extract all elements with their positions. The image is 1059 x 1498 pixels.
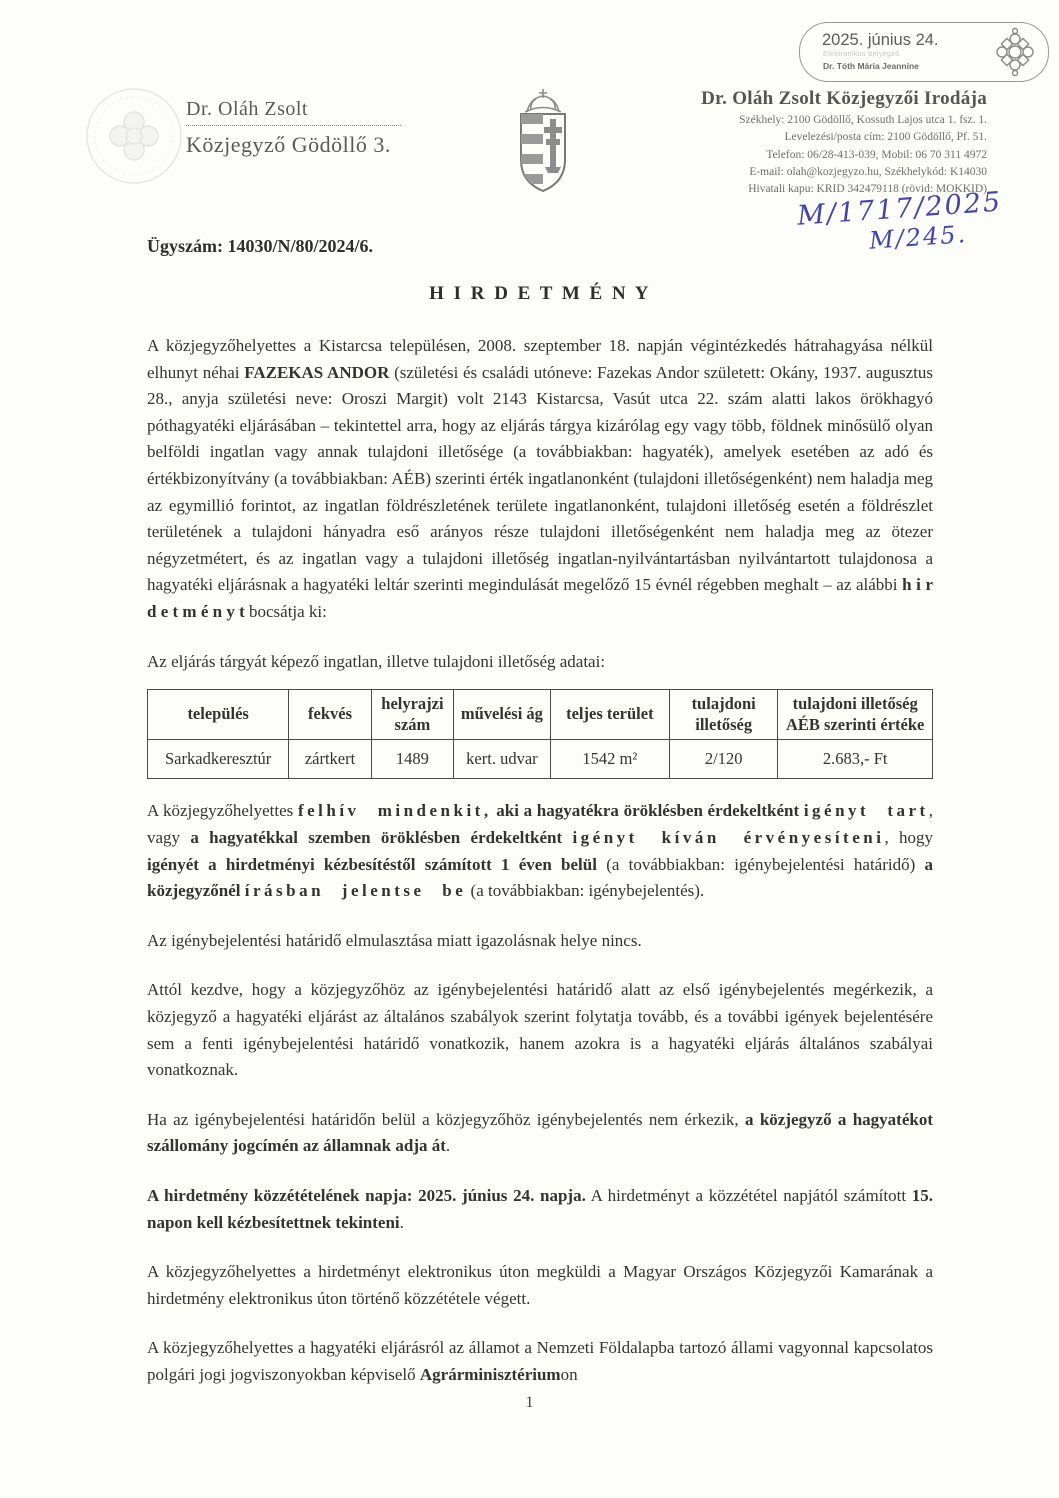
- header-tulajdoni-illetoseg: tulajdoni illetőség: [670, 690, 778, 740]
- paragraph-ministry-notice: A közjegyzőhelyettes a hagyatéki eljárás…: [147, 1335, 933, 1388]
- paragraph-first-claim-effect: Attól kezdve, hogy a közjegyzőhöz az igé…: [147, 977, 933, 1083]
- office-email-line: E-mail: olah@kozjegyzo.hu, Székhelykód: …: [647, 164, 987, 181]
- office-phone-line: Telefon: 06/28-413-039, Mobil: 06 70 311…: [647, 147, 987, 164]
- notary-seal-icon: [84, 86, 184, 186]
- header-helyrajzi-szam: helyrajzi szám: [371, 690, 453, 740]
- header-telepules: település: [148, 690, 289, 740]
- paragraph-escheat-to-state: Ha az igénybejelentési határidőn belül a…: [147, 1107, 933, 1160]
- page-number: 1: [0, 1394, 1059, 1412]
- stamp-subtext: Elektronikus bélyegző: [823, 51, 900, 58]
- scanned-document-page: 2025. június 24. Elektronikus bélyegző D…: [0, 0, 1059, 1498]
- cell-helyrajzi-szam: 1489: [371, 740, 453, 779]
- cell-aeb-ertek: 2.683,- Ft: [778, 740, 933, 779]
- paragraph-chamber-publication: A közjegyzőhelyettes a hirdetményt elekt…: [147, 1259, 933, 1312]
- header-teljes-terulet: teljes terület: [550, 690, 669, 740]
- stamp-date: 2025. június 24.: [822, 31, 939, 50]
- header-muvelesi-ag: művelési ág: [454, 690, 551, 740]
- table-header-row: település fekvés helyrajzi szám művelési…: [148, 690, 933, 740]
- cell-muvelesi-ag: kert. udvar: [454, 740, 551, 779]
- notary-title: Közjegyző Gödöllő 3.: [186, 132, 436, 158]
- date-stamp: 2025. június 24. Elektronikus bélyegző D…: [799, 22, 1049, 82]
- paragraph-table-intro: Az eljárás tárgyát képező ingatlan, ille…: [147, 649, 933, 676]
- header-fekves: fekvés: [289, 690, 371, 740]
- paragraph-no-excuse: Az igénybejelentési határidő elmulasztás…: [147, 928, 933, 955]
- document-body: Ügyszám: 14030/N/80/2024/6. H I R D E T …: [147, 236, 933, 1388]
- document-title: H I R D E T M É N Y: [147, 283, 933, 305]
- case-number: Ügyszám: 14030/N/80/2024/6.: [147, 236, 933, 257]
- letterhead-right: Dr. Oláh Zsolt Közjegyzői Irodája Székhe…: [647, 88, 987, 198]
- cell-fekves: zártkert: [289, 740, 371, 779]
- paragraph-claim-call: A közjegyzőhelyettes felhív mindenkit, a…: [147, 798, 933, 904]
- stamp-signer-name: Dr. Tóth Mária Jeannine: [823, 61, 919, 71]
- letterhead-left: Dr. Oláh Zsolt Közjegyző Gödöllő 3.: [186, 98, 436, 158]
- paragraph-publication-date: A hirdetmény közzétételének napja: 2025.…: [147, 1183, 933, 1236]
- property-table-wrapper: település fekvés helyrajzi szám művelési…: [147, 689, 933, 779]
- office-postal-line: Levelezési/posta cím: 2100 Gödöllő, Pf. …: [647, 129, 987, 146]
- office-name: Dr. Oláh Zsolt Közjegyzői Irodája: [647, 88, 987, 110]
- header-aeb-ertek: tulajdoni illetőség AÉB szerinti értéke: [778, 690, 933, 740]
- paragraph-intro-decedent: A közjegyzőhelyettes a Kistarcsa települ…: [147, 333, 933, 626]
- cell-telepules: Sarkadkeresztúr: [148, 740, 289, 779]
- office-address-line: Székhely: 2100 Gödöllő, Kossuth Lajos ut…: [647, 112, 987, 129]
- cell-teljes-terulet: 1542 m²: [550, 740, 669, 779]
- cell-tulajdoni-illetoseg: 2/120: [670, 740, 778, 779]
- table-row: Sarkadkeresztúr zártkert 1489 kert. udva…: [148, 740, 933, 779]
- coat-of-arms-icon: [503, 86, 583, 211]
- rosette-seal-icon: [990, 27, 1040, 82]
- property-table: település fekvés helyrajzi szám művelési…: [147, 689, 933, 779]
- notary-name: Dr. Oláh Zsolt: [186, 98, 401, 126]
